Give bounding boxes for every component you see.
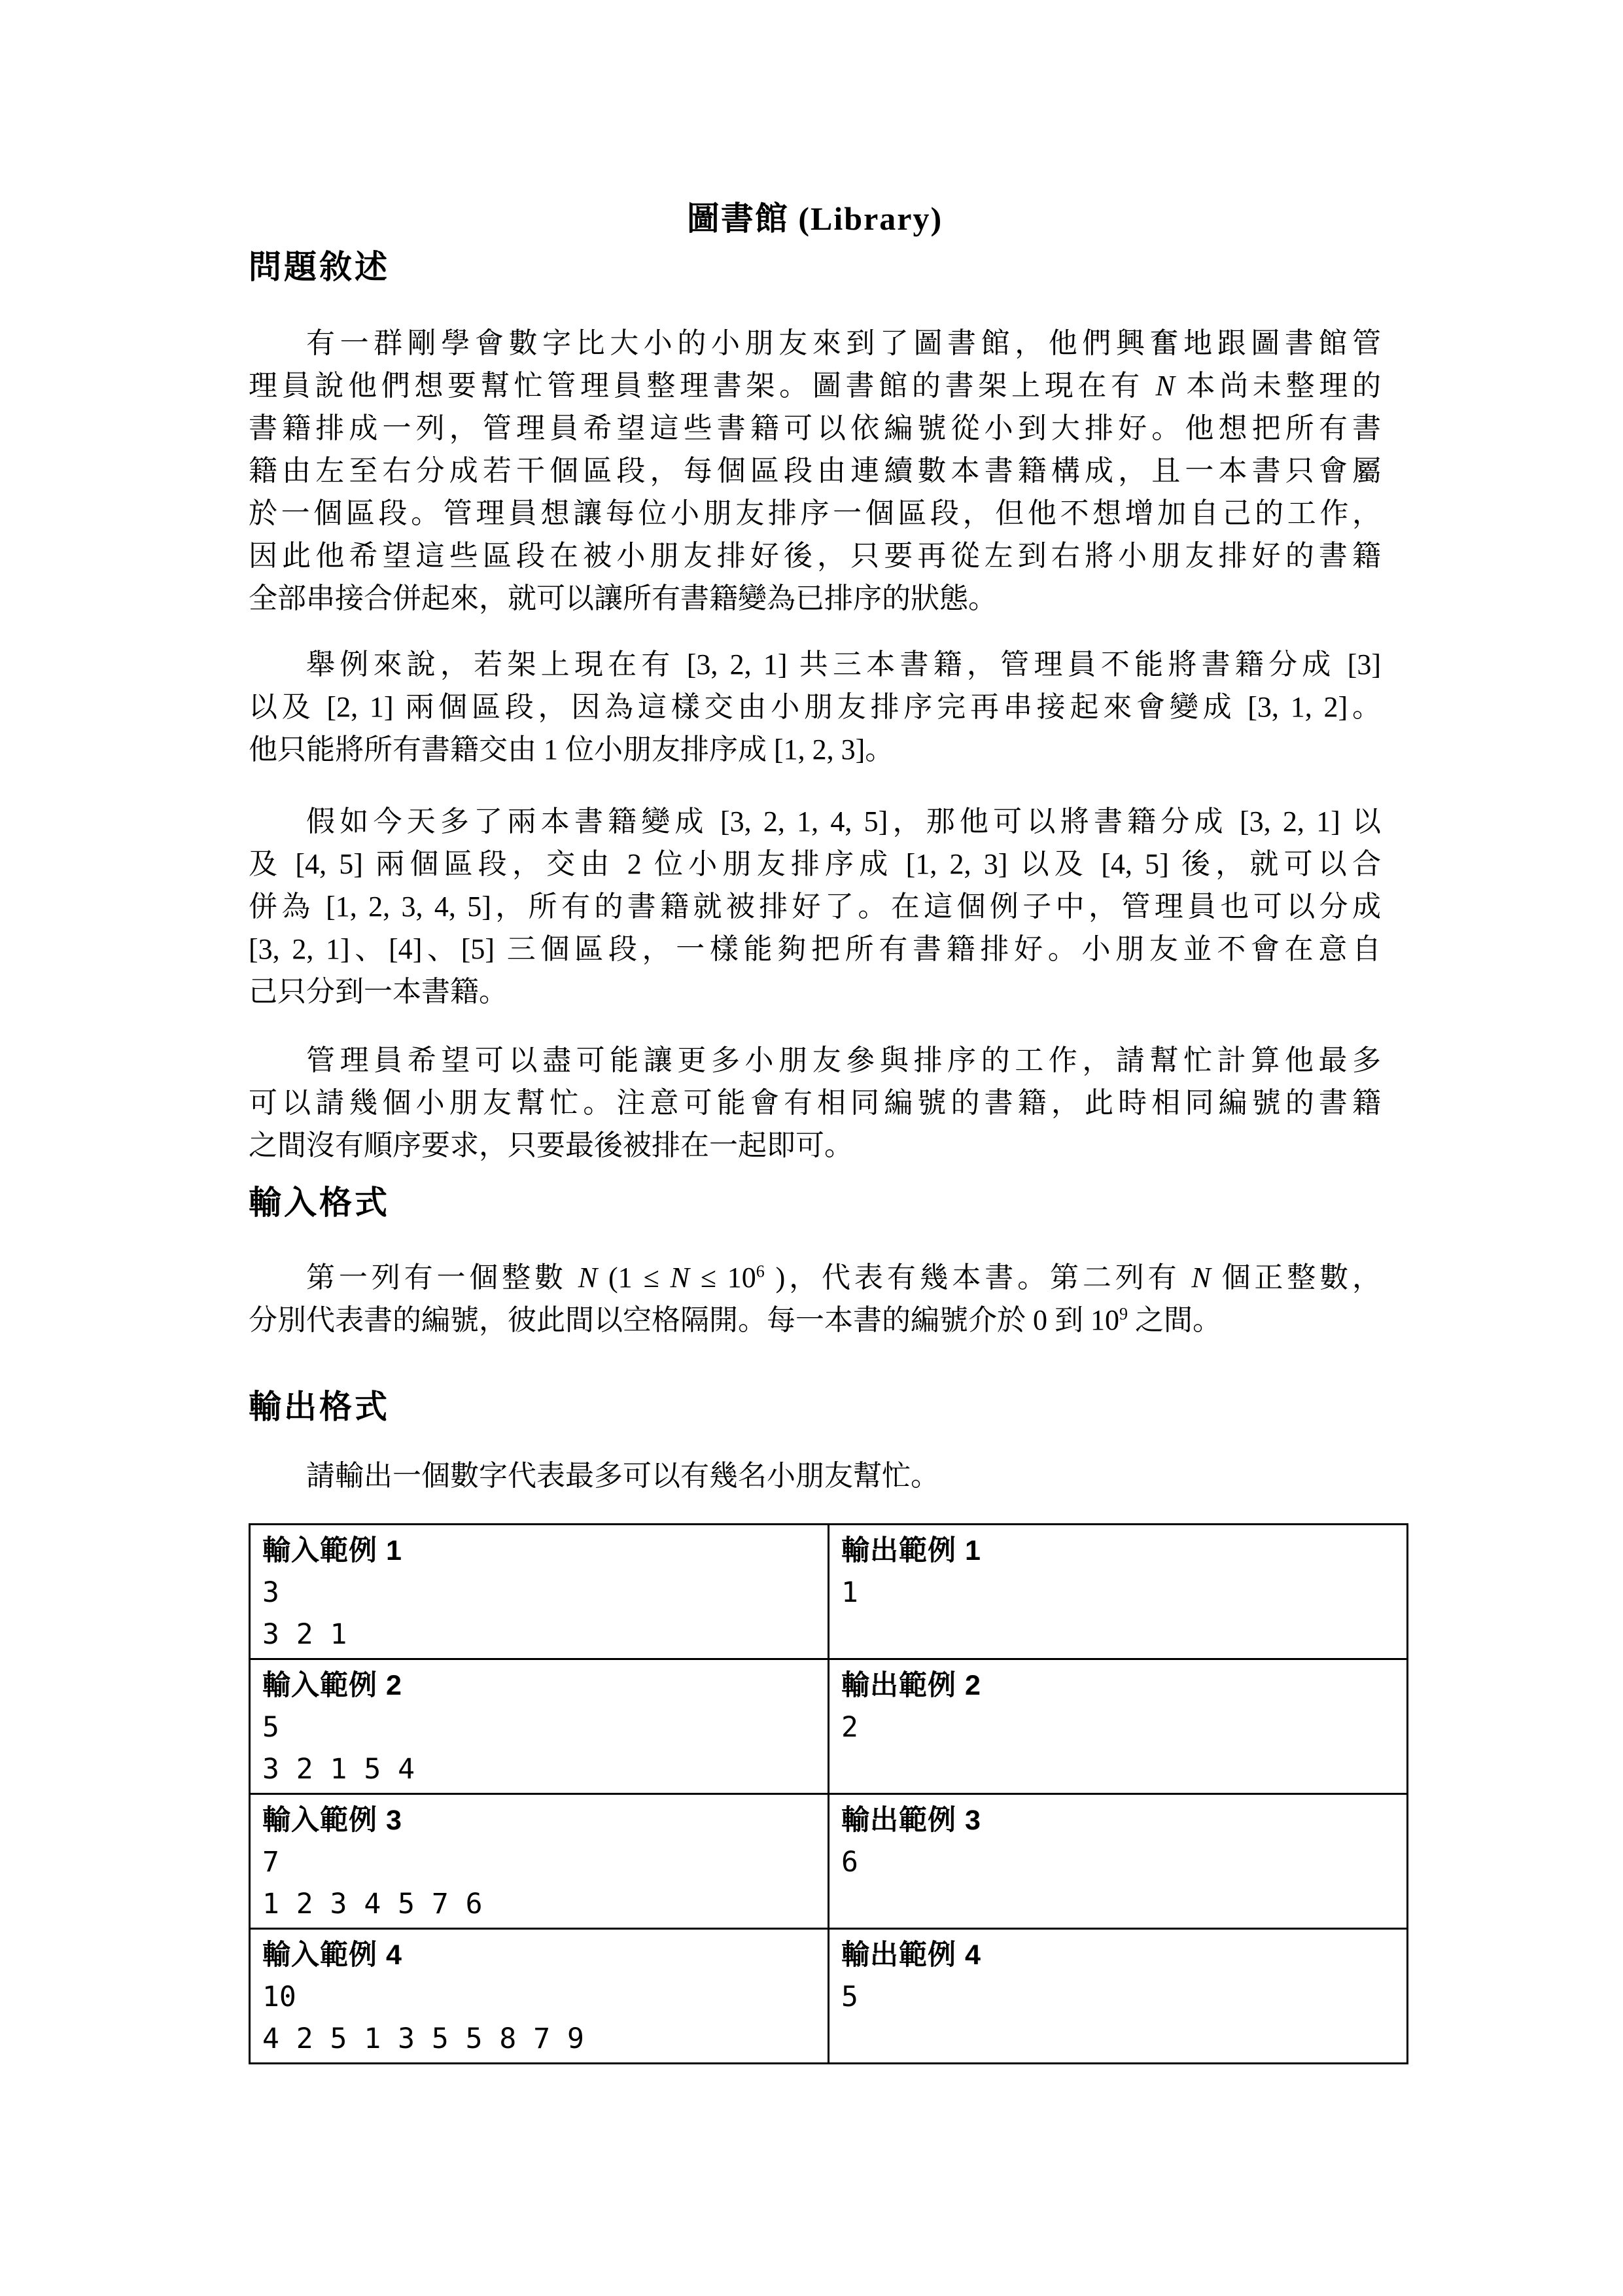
example-4-input-cell: 輸入範例 4 10 4 2 5 1 3 5 5 8 7 9 xyxy=(250,1929,829,2064)
text-line: 以及 [2, 1] 兩個區段，因為這樣交由小朋友排序完再串接起來會變成 [3, … xyxy=(249,686,1381,728)
example-1-input-title: 輸入範例 1 xyxy=(262,1530,814,1572)
section-heading-output-format: 輸出格式 xyxy=(249,1387,1381,1426)
example-4-input-line-1: 10 xyxy=(262,1976,814,2018)
example-3-output-title: 輸出範例 3 xyxy=(841,1800,1393,1841)
problem-paragraph-4: 管理員希望可以盡可能讓更多小朋友參與排序的工作，請幫忙計算他最多可以請幾個小朋友… xyxy=(249,1039,1381,1167)
text-segment: (1 ≤ xyxy=(597,1262,670,1294)
text-line: 舉例來說，若架上現在有 [3, 2, 1] 共三本書籍，管理員不能將書籍分成 [… xyxy=(249,643,1381,686)
examples-table-body: 輸入範例 1 3 3 2 1 輸出範例 1 1 輸入範例 2 5 3 2 1 5… xyxy=(250,1525,1408,2064)
example-2-input-line-2: 3 2 1 5 4 xyxy=(262,1748,814,1790)
example-1-output-cell: 輸出範例 1 1 xyxy=(829,1525,1408,1659)
problem-paragraph-1: 有一群剛學會數字比大小的小朋友來到了圖書館，他們興奮地跟圖書館管理員說他們想要幫… xyxy=(249,322,1381,620)
example-row-4: 輸入範例 4 10 4 2 5 1 3 5 5 8 7 9 輸出範例 4 5 xyxy=(250,1929,1408,2064)
text-segment: 理員說他們想要幫忙管理員整理書架。圖書館的書架上現在有 xyxy=(249,370,1155,402)
example-3-output-line-1: 6 xyxy=(841,1841,1393,1883)
text-line: 他只能將所有書籍交由 1 位小朋友排序成 [1, 2, 3]。 xyxy=(249,728,1381,771)
text-line: 併為 [1, 2, 3, 4, 5]，所有的書籍就被排好了。在這個例子中，管理員… xyxy=(249,885,1381,928)
document-page: 圖書館 (Library) 問題敘述 有一群剛學會數字比大小的小朋友來到了圖書館… xyxy=(0,0,1623,2296)
text-line: 己只分到一本書籍。 xyxy=(249,970,1381,1013)
superscript: 6 xyxy=(756,1262,765,1280)
example-4-output-title: 輸出範例 4 xyxy=(841,1935,1393,1976)
input-format-paragraph: 第一列有一個整數 N (1 ≤ N ≤ 106 )，代表有幾本書。第二列有 N … xyxy=(249,1256,1381,1341)
text-line: [3, 2, 1]、[4]、[5] 三個區段，一樣能夠把所有書籍排好。小朋友並不… xyxy=(249,928,1381,970)
example-2-input-title: 輸入範例 2 xyxy=(262,1665,814,1706)
example-4-input-line-2: 4 2 5 1 3 5 5 8 7 9 xyxy=(262,2018,814,2060)
text-line: 假如今天多了兩本書籍變成 [3, 2, 1, 4, 5]，那他可以將書籍分成 [… xyxy=(249,800,1381,843)
example-3-input-line-2: 1 2 3 4 5 7 6 xyxy=(262,1883,814,1925)
problem-paragraph-3: 假如今天多了兩本書籍變成 [3, 2, 1, 4, 5]，那他可以將書籍分成 [… xyxy=(249,800,1381,1013)
example-3-input-cell: 輸入範例 3 7 1 2 3 4 5 7 6 xyxy=(250,1794,829,1929)
math-variable: N xyxy=(578,1262,597,1294)
text-segment: ≤ 10 xyxy=(689,1262,756,1294)
text-line: 理員說他們想要幫忙管理員整理書架。圖書館的書架上現在有 N 本尚未整理的 xyxy=(249,364,1381,407)
text-line: 請輸出一個數字代表最多可以有幾名小朋友幫忙。 xyxy=(249,1455,1381,1497)
text-line: 全部串接合併起來，就可以讓所有書籍變為已排序的狀態。 xyxy=(249,577,1381,620)
text-line: 管理員希望可以盡可能讓更多小朋友參與排序的工作，請幫忙計算他最多 xyxy=(249,1039,1381,1082)
example-1-output-line-1: 1 xyxy=(841,1572,1393,1614)
example-3-output-cell: 輸出範例 3 6 xyxy=(829,1794,1408,1929)
example-4-output-cell: 輸出範例 4 5 xyxy=(829,1929,1408,2064)
section-heading-input-format: 輸入格式 xyxy=(249,1183,1381,1222)
example-row-1: 輸入範例 1 3 3 2 1 輸出範例 1 1 xyxy=(250,1525,1408,1659)
example-row-3: 輸入範例 3 7 1 2 3 4 5 7 6 輸出範例 3 6 xyxy=(250,1794,1408,1929)
math-variable: N xyxy=(671,1262,689,1294)
text-segment: 個正整數， xyxy=(1211,1262,1381,1294)
example-1-input-cell: 輸入範例 1 3 3 2 1 xyxy=(250,1525,829,1659)
text-line: 因此他希望這些區段在被小朋友排好後，只要再從左到右將小朋友排好的書籍 xyxy=(249,535,1381,577)
example-1-output-title: 輸出範例 1 xyxy=(841,1530,1393,1572)
example-row-2: 輸入範例 2 5 3 2 1 5 4 輸出範例 2 2 xyxy=(250,1659,1408,1794)
text-line: 之間沒有順序要求，只要最後被排在一起即可。 xyxy=(249,1124,1381,1167)
text-line: 籍由左至右分成若干個區段，每個區段由連續數本書籍構成，且一本書只會屬 xyxy=(249,450,1381,492)
example-2-output-title: 輸出範例 2 xyxy=(841,1665,1393,1706)
examples-table: 輸入範例 1 3 3 2 1 輸出範例 1 1 輸入範例 2 5 3 2 1 5… xyxy=(249,1523,1408,2064)
math-variable: N xyxy=(1191,1262,1210,1294)
text-segment: 第一列有一個整數 xyxy=(306,1262,578,1294)
example-3-input-title: 輸入範例 3 xyxy=(262,1800,814,1841)
text-segment: 分別代表書的編號，彼此間以空格隔開。每一本書的編號介於 0 到 10 xyxy=(249,1304,1119,1336)
section-heading-problem: 問題敘述 xyxy=(249,247,1381,287)
example-3-input-line-1: 7 xyxy=(262,1841,814,1883)
text-line: 可以請幾個小朋友幫忙。注意可能會有相同編號的書籍，此時相同編號的書籍 xyxy=(249,1082,1381,1124)
example-2-output-line-1: 2 xyxy=(841,1706,1393,1748)
example-4-input-title: 輸入範例 4 xyxy=(262,1935,814,1976)
example-4-output-line-1: 5 xyxy=(841,1976,1393,2018)
output-format-paragraph: 請輸出一個數字代表最多可以有幾名小朋友幫忙。 xyxy=(249,1455,1381,1497)
page-title: 圖書館 (Library) xyxy=(249,198,1381,239)
example-2-input-line-1: 5 xyxy=(262,1706,814,1748)
text-segment: 之間。 xyxy=(1128,1304,1221,1336)
example-2-input-cell: 輸入範例 2 5 3 2 1 5 4 xyxy=(250,1659,829,1794)
example-2-output-cell: 輸出範例 2 2 xyxy=(829,1659,1408,1794)
problem-paragraph-2: 舉例來說，若架上現在有 [3, 2, 1] 共三本書籍，管理員不能將書籍分成 [… xyxy=(249,643,1381,771)
text-segment: )，代表有幾本書。第二列有 xyxy=(765,1262,1192,1294)
example-1-input-line-2: 3 2 1 xyxy=(262,1614,814,1655)
superscript: 9 xyxy=(1119,1304,1128,1323)
text-line: 有一群剛學會數字比大小的小朋友來到了圖書館，他們興奮地跟圖書館管 xyxy=(249,322,1381,364)
text-line: 分別代表書的編號，彼此間以空格隔開。每一本書的編號介於 0 到 109 之間。 xyxy=(249,1299,1381,1341)
text-segment: 本尚未整理的 xyxy=(1175,370,1381,402)
text-line: 於一個區段。管理員想讓每位小朋友排序一個區段，但他不想增加自己的工作， xyxy=(249,492,1381,535)
text-line: 及 [4, 5] 兩個區段，交由 2 位小朋友排序成 [1, 2, 3] 以及 … xyxy=(249,843,1381,885)
text-line: 書籍排成一列，管理員希望這些書籍可以依編號從小到大排好。他想把所有書 xyxy=(249,407,1381,450)
math-variable: N xyxy=(1155,370,1174,402)
text-line: 第一列有一個整數 N (1 ≤ N ≤ 106 )，代表有幾本書。第二列有 N … xyxy=(249,1256,1381,1299)
example-1-input-line-1: 3 xyxy=(262,1572,814,1614)
